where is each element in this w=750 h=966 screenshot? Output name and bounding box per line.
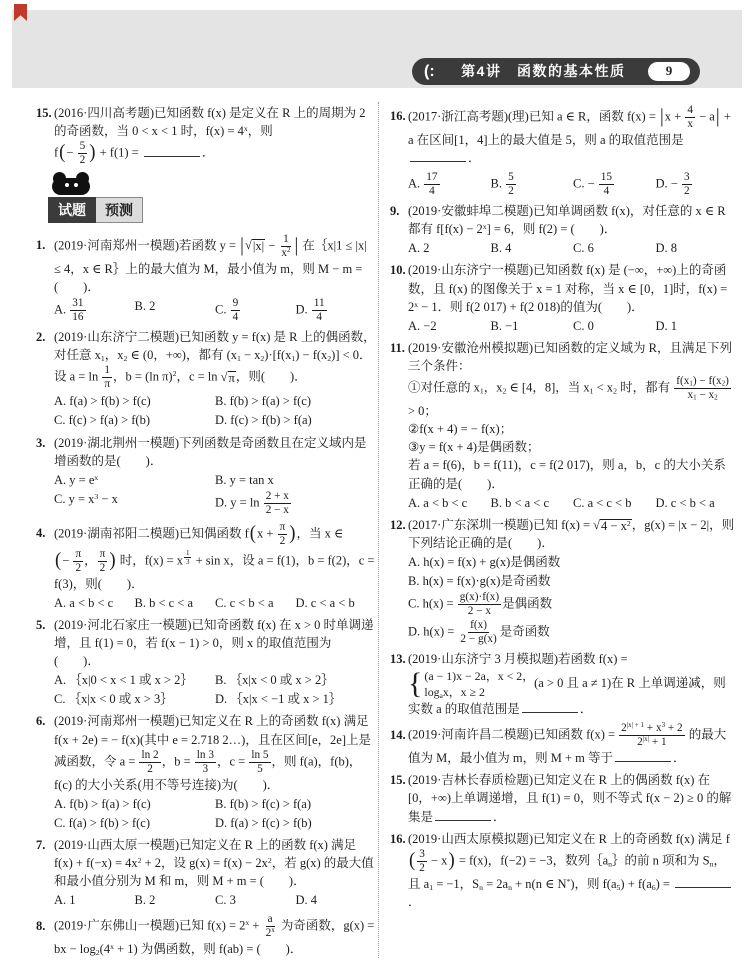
problem-number: 3. [36,434,54,452]
option-row: A. 174B. 52C. − 154D. − 32 [408,171,738,198]
problem: 13.(2019·山东济宁 3 月模拟题)若函数 f(x) = {(a − 1)… [390,650,738,718]
option: D. 4 [296,891,377,909]
fraction: ln 55 [249,749,270,776]
problem-text: 1.(2019·河南郑州一模题)若函数 y = |√|x| − 1x2| 在｛x… [54,233,376,296]
fraction: 94 [231,297,241,324]
problem: 14.(2019·河南许昌二模题)已知函数 f(x) = 2|x| + 1 + … [390,722,738,767]
fraction: ln 33 [195,749,216,776]
option: A. 174 [408,171,491,198]
answer-blank [522,702,578,714]
option: B. 2 [135,891,216,909]
option: B. b < a < c [491,494,574,512]
fraction: 1x2 [279,233,292,260]
problem-number: 7. [36,836,54,854]
section-badge-tabs: 试题 预测 [48,197,143,223]
fraction: 3116 [70,297,85,324]
option-row: B. h(x) = f(x)·g(x)是奇函数 [408,572,738,590]
problem: 15.(2019·吉林长春质检题)已知定义在 R 上的偶函数 f(x) 在[0，… [390,771,738,825]
option: D. − 32 [656,171,739,198]
brand-icon: (: [424,60,435,83]
left-column: 15.(2016·四川高考题)已知函数 f(x) 是定义在 R 上的周期为 2 … [36,104,376,962]
fraction: 13 [184,549,191,566]
option: C. − 154 [573,171,656,198]
problem-number: 4. [36,524,54,542]
problem-text: 16.(2019·山西太原模拟题)已知定义在 R 上的奇函数 f(x) 满足 f… [408,830,738,911]
problem: 2.(2019·山东济宁二模题)已知函数 y = f(x) 是 R 上的偶函数，… [36,328,376,429]
problem-text: 16.(2017·浙江高考题)(理)已知 a ∈ R，函数 f(x) = |x … [408,104,738,167]
option: C. f(a) > f(b) > f(c) [54,814,215,832]
problem: 15.(2016·四川高考题)已知函数 f(x) 是定义在 R 上的周期为 2 … [36,104,376,167]
option: A. −2 [408,317,491,335]
fraction: 52 [506,171,516,198]
problems-right: 16.(2017·浙江高考题)(理)已知 a ∈ R，函数 f(x) = |x … [390,104,738,911]
problem: 1.(2019·河南郑州一模题)若函数 y = |√|x| − 1x2| 在｛x… [36,233,376,324]
option: A. a < b < c [54,594,135,612]
fraction: 2 + x2 − x [264,490,291,517]
option: A. 2 [408,239,491,257]
option-row: C. ｛x|x < 0 或 x > 3｝D. ｛x|x < −1 或 x > 1… [54,690,376,708]
option: A. ｛x|0 < x < 1 或 x > 2｝ [54,671,215,689]
option-row: A. ｛x|0 < x < 1 或 x > 2｝B. ｛x|x < 0 或 x … [54,671,376,689]
option: A. 1 [54,891,135,909]
problem-number: 1. [36,236,54,254]
problem: A. 174B. 52C. − 154D. − 32 [390,171,738,198]
option: D. c < a < b [296,594,377,612]
answer-blank [435,809,491,821]
section-badge: 试题 预测 [48,175,376,223]
lecture-title: 第4讲 函数的基本性质 [445,61,642,81]
problem-number: 15. [36,104,54,122]
problem-text: 15.(2019·吉林长春质检题)已知定义在 R 上的偶函数 f(x) 在[0，… [408,771,738,825]
fraction: a2x [264,913,277,940]
fraction: 52 [78,140,88,167]
right-column: 16.(2017·浙江高考题)(理)已知 a ∈ R，函数 f(x) = |x … [390,104,738,915]
option-row: A. y = exB. y = tan x [54,471,376,489]
option: B. f(b) > f(a) > f(c) [215,392,376,410]
fraction: 32 [682,171,692,198]
option: D. 1 [656,317,739,335]
problem-text: 10.(2019·山东济宁一模题)已知函数 f(x) 是 (−∞，+∞)上的奇函… [408,261,738,315]
sqrt: √π [221,371,236,386]
option: B. ｛x|x < 0 或 x > 2｝ [215,671,376,689]
fraction: π2 [278,521,288,548]
option: A. 3116 [54,297,135,324]
option: D. c < b < a [656,494,739,512]
problem: 5.(2019·河北石家庄一模题)已知奇函数 f(x) 在 x > 0 时单调递… [36,616,376,709]
problem-text: ①对任意的 x1，x2 ∈ [4，8]，当 x1 < x2 时，都有 f(x1)… [408,375,738,420]
option-row: A. f(b) > f(a) > f(c)B. f(b) > f(c) > f(… [54,795,376,813]
problem-text: 7.(2019·山西太原一模题)已知定义在 R 上的函数 f(x) 满足 f(x… [54,836,376,890]
problem-number: 10. [390,261,408,279]
problem: 4.(2019·湖南祁阳二模题)已知偶函数 f(x + π2)，当 x ∈ (−… [36,521,376,612]
option-row: A. a < b < cB. b < c < aC. c < b < aD. c… [54,594,376,612]
problem-text: 3.(2019·湖北荆州一模题)下列函数是奇函数且在定义域内是增函数的是( )． [54,434,376,470]
option: B. −1 [491,317,574,335]
bear-face-icon [52,178,90,195]
option: A. y = ex [54,471,215,489]
problem-text: 12.(2017·广东深圳一模题)已知 f(x) = √4 − x2，g(x) … [408,516,738,552]
fraction: 1π [102,364,112,391]
badge-tab-left: 试题 [48,197,96,223]
problem: 7.(2019·山西太原一模题)已知定义在 R 上的函数 f(x) 满足 f(x… [36,836,376,910]
problem-number: 9. [390,202,408,220]
option: A. h(x) = f(x) + g(x)是偶函数 [408,553,562,571]
option-row: A. h(x) = f(x) + g(x)是偶函数 [408,553,738,571]
problem-text: 13.(2019·山东济宁 3 月模拟题)若函数 f(x) = {(a − 1)… [408,650,738,718]
option: C. 3 [215,891,296,909]
option: C. a < c < b [573,494,656,512]
problem-text: 5.(2019·河北石家庄一模题)已知奇函数 f(x) 在 x > 0 时单调递… [54,616,376,670]
option: D. 114 [296,297,377,324]
option-row: A. 2B. 4C. 6D. 8 [408,239,738,257]
bear-icon [52,172,92,196]
problem: 12.(2017·广东深圳一模题)已知 f(x) = √4 − x2，g(x) … [390,516,738,646]
problem: 8.(2019·广东佛山一模题)已知 f(x) = 2x + a2x 为奇函数，… [36,913,376,958]
option-row: C. h(x) = g(x)·f(x)2 − x是偶函数 [408,591,738,618]
fraction: g(x)·f(x)2 − x [458,591,501,618]
fraction: 4x [685,104,695,131]
problem-number: 6. [36,712,54,730]
option-row: A. −2B. −1C. 0D. 1 [408,317,738,335]
problem: 16.(2017·浙江高考题)(理)已知 a ∈ R，函数 f(x) = |x … [390,104,738,167]
fraction: 2|x| + 1 + x3 + 22|x| + 1 [619,722,685,749]
problem-text: 9.(2019·安徽蚌埠二模题)已知单调函数 f(x)，对任意的 x ∈ R 都… [408,202,738,238]
option-row: A. 3116B. 2C. 94D. 114 [54,297,376,324]
problem: 11.(2019·安徽沧州模拟题)已知函数的定义域为 R，且满足下列三个条件：①… [390,339,738,512]
option-row: C. f(a) > f(b) > f(c)D. f(a) > f(c) > f(… [54,814,376,832]
page-number-badge: 9 [648,62,690,81]
problem-number: 16. [390,107,408,125]
option-row: A. f(a) > f(b) > f(c)B. f(b) > f(a) > f(… [54,392,376,410]
problem: 10.(2019·山东济宁一模题)已知函数 f(x) 是 (−∞，+∞)上的奇函… [390,261,738,335]
fraction: 32 [417,848,427,875]
problem-text: 6.(2019·河南郑州一模题)已知定义在 R 上的奇函数 f(x) 满足 f(… [54,712,376,793]
option: A. a < b < c [408,494,491,512]
option: C. 94 [215,297,296,324]
piecewise: {(a − 1)x − 2a，x < 2，logax，x ≥ 2 [408,668,534,700]
fraction: f(x)2 − g(x) [458,619,498,646]
problem-number: 8. [36,917,54,935]
problem: 16.(2019·山西太原模拟题)已知定义在 R 上的奇函数 f(x) 满足 f… [390,830,738,911]
problem-number: 12. [390,516,408,534]
problem: 6.(2019·河南郑州一模题)已知定义在 R 上的奇函数 f(x) 满足 f(… [36,712,376,832]
option: D. f(c) > f(b) > f(a) [215,411,376,429]
fraction: 114 [312,297,327,324]
problems-left-main: 1.(2019·河南郑州一模题)若函数 y = |√|x| − 1x2| 在｛x… [36,233,376,958]
option: B. b < c < a [135,594,216,612]
problem-text: ②f(x + 4) = − f(x)； [408,420,738,438]
option: B. f(b) > f(c) > f(a) [215,795,376,813]
option: B. y = tan x [215,471,376,489]
option: C. 6 [573,239,656,257]
option: C. f(c) > f(a) > f(b) [54,411,215,429]
problem-text: 4.(2019·湖南祁阳二模题)已知偶函数 f(x + π2)，当 x ∈ (−… [54,521,376,593]
option: C. c < b < a [215,594,296,612]
problem-number: 5. [36,616,54,634]
problem-text: 11.(2019·安徽沧州模拟题)已知函数的定义域为 R，且满足下列三个条件： [408,339,738,375]
page-number: 9 [666,62,673,81]
problem-number: 15. [390,771,408,789]
problem-text: 8.(2019·广东佛山一模题)已知 f(x) = 2x + a2x 为奇函数，… [54,913,376,958]
problems-left-top: 15.(2016·四川高考题)已知函数 f(x) 是定义在 R 上的周期为 2 … [36,104,376,167]
option: C. 0 [573,317,656,335]
fraction: π2 [73,548,83,575]
fraction: ln 22 [139,749,160,776]
option: B. 4 [491,239,574,257]
problem-text: 若 a = f(6)，b = f(11)，c = f(2 017)，则 a，b，… [408,456,738,492]
option: C. y = x3 − x [54,490,215,517]
option: A. f(a) > f(b) > f(c) [54,392,215,410]
problem: 9.(2019·安徽蚌埠二模题)已知单调函数 f(x)，对任意的 x ∈ R 都… [390,202,738,257]
option: D. f(a) > f(c) > f(b) [215,814,376,832]
problem-number: 14. [390,726,408,744]
problem-number: 2. [36,328,54,346]
problem-number: 11. [390,339,408,357]
fraction: 174 [424,171,439,198]
option: C. h(x) = g(x)·f(x)2 − x是偶函数 [408,591,554,618]
fraction: π2 [98,548,108,575]
badge-tab-right: 预测 [96,197,143,223]
sqrt: √4 − x2 [593,519,632,534]
problem-text: 15.(2016·四川高考题)已知函数 f(x) 是定义在 R 上的周期为 2 … [54,104,376,140]
option-row: C. y = x3 − xD. y = ln 2 + x2 − x [54,490,376,517]
fraction: f(x1) − f(x2)x1 − x2 [674,375,731,402]
option: B. 2 [135,297,216,324]
option: C. ｛x|x < 0 或 x > 3｝ [54,690,215,708]
problem-number: 16. [390,830,408,848]
problem: 3.(2019·湖北荆州一模题)下列函数是奇函数且在定义域内是增函数的是( )．… [36,434,376,517]
sqrt: √|x| [245,239,265,254]
option: A. f(b) > f(a) > f(c) [54,795,215,813]
problem-text: ③y = f(x + 4)是偶函数； [408,438,738,456]
option: B. 52 [491,171,574,198]
problem-text: 2.(2019·山东济宁二模题)已知函数 y = f(x) 是 R 上的偶函数，… [54,328,376,391]
answer-blank [410,150,466,162]
option: D. h(x) = f(x)2 − g(x)是奇函数 [408,619,552,646]
option: B. h(x) = f(x)·g(x)是奇函数 [408,572,552,590]
problem-text: f(− 52) + f(1) = ． [54,140,376,167]
answer-blank [615,751,671,763]
answer-blank [675,876,731,888]
option: D. 8 [656,239,739,257]
column-divider [378,102,379,958]
problem-number: 13. [390,650,408,668]
option-row: A. 1B. 2C. 3D. 4 [54,891,376,909]
option-row: C. f(c) > f(a) > f(b)D. f(c) > f(b) > f(… [54,411,376,429]
option: D. ｛x|x < −1 或 x > 1｝ [215,690,376,708]
answer-blank [144,145,200,157]
option: D. y = ln 2 + x2 − x [215,490,376,517]
option-row: A. a < b < cB. b < a < cC. a < c < bD. c… [408,494,738,512]
problem-text: 14.(2019·河南许昌二模题)已知函数 f(x) = 2|x| + 1 + … [408,722,738,767]
header-bar: (: 第4讲 函数的基本性质 9 [412,58,700,85]
option-row: D. h(x) = f(x)2 − g(x)是奇函数 [408,619,738,646]
fraction: 154 [599,171,614,198]
